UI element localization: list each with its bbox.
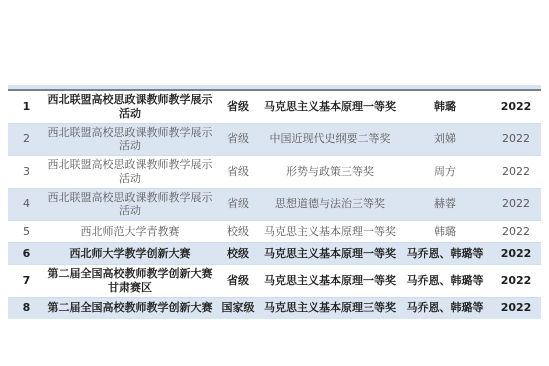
cell-award: 中国近现代史纲要二等奖 <box>261 130 399 148</box>
table-row: 1 西北联盟高校思政课教师教学展示活动 省级 马克思主义基本原理一等奖 韩璐 2… <box>8 91 541 123</box>
cell-level: 省级 <box>215 130 261 148</box>
cell-person: 赫蓉 <box>399 195 491 213</box>
table-row: 8 第二届全国高校教师教学创新大赛 国家级 马克思主义基本原理三等奖 马乔恩、韩… <box>8 297 541 319</box>
cell-award: 马克思主义基本原理一等奖 <box>261 272 399 290</box>
cell-year: 2022 <box>491 223 541 241</box>
cell-award: 马克思主义基本原理一等奖 <box>261 98 399 116</box>
cell-event-name: 第二届全国高校教师教学创新大赛甘肃赛区 <box>45 265 215 297</box>
cell-event-name: 西北联盟高校思政课教师教学展示活动 <box>45 124 215 156</box>
cell-event-name: 西北联盟高校思政课教师教学展示活动 <box>45 156 215 188</box>
cell-year: 2022 <box>491 245 541 263</box>
cell-year: 2022 <box>491 98 541 116</box>
cell-row-number: 3 <box>8 163 45 181</box>
cell-event-name: 西北联盟高校思政课教师教学展示活动 <box>45 189 215 221</box>
cell-event-name: 西北联盟高校思政课教师教学展示活动 <box>45 91 215 123</box>
cell-level: 省级 <box>215 98 261 116</box>
cell-person: 周方 <box>399 163 491 181</box>
document-page: 1 西北联盟高校思政课教师教学展示活动 省级 马克思主义基本原理一等奖 韩璐 2… <box>0 0 549 366</box>
table-row: 6 西北师大学教学创新大赛 校级 马克思主义基本原理一等奖 马乔恩、韩璐等 20… <box>8 242 541 264</box>
cell-person: 韩璐 <box>399 98 491 116</box>
cell-award: 思想道德与法治三等奖 <box>261 195 399 213</box>
cell-person: 刘娣 <box>399 130 491 148</box>
cell-award: 马克思主义基本原理一等奖 <box>261 223 399 241</box>
cell-event-name: 西北师范大学青教赛 <box>45 223 215 241</box>
table-row: 2 西北联盟高校思政课教师教学展示活动 省级 中国近现代史纲要二等奖 刘娣 20… <box>8 123 541 156</box>
cell-person: 马乔恩、韩璐等 <box>399 299 491 317</box>
cell-event-name: 西北师大学教学创新大赛 <box>45 245 215 263</box>
cell-year: 2022 <box>491 163 541 181</box>
cell-year: 2022 <box>491 130 541 148</box>
cell-row-number: 5 <box>8 223 45 241</box>
cell-row-number: 2 <box>8 130 45 148</box>
cell-award: 马克思主义基本原理一等奖 <box>261 245 399 263</box>
cell-row-number: 6 <box>8 245 45 263</box>
cell-row-number: 8 <box>8 299 45 317</box>
cell-row-number: 4 <box>8 195 45 213</box>
cell-award: 马克思主义基本原理三等奖 <box>261 299 399 317</box>
cell-level: 校级 <box>215 245 261 263</box>
cell-year: 2022 <box>491 195 541 213</box>
cell-row-number: 7 <box>8 272 45 290</box>
cell-level: 校级 <box>215 223 261 241</box>
cell-event-name-line2: 甘肃赛区 <box>47 281 213 295</box>
table-body: 1 西北联盟高校思政课教师教学展示活动 省级 马克思主义基本原理一等奖 韩璐 2… <box>8 91 541 319</box>
table-row: 5 西北师范大学青教赛 校级 马克思主义基本原理一等奖 韩璐 2022 <box>8 220 541 242</box>
cell-person: 马乔恩、韩璐等 <box>399 245 491 263</box>
cell-level: 省级 <box>215 272 261 290</box>
table-row: 7 第二届全国高校教师教学创新大赛甘肃赛区 省级 马克思主义基本原理一等奖 马乔… <box>8 264 541 297</box>
cell-year: 2022 <box>491 272 541 290</box>
cell-event-name: 第二届全国高校教师教学创新大赛 <box>45 299 215 317</box>
cell-level: 国家级 <box>215 299 261 317</box>
cell-award: 形势与政策三等奖 <box>261 163 399 181</box>
awards-table: 1 西北联盟高校思政课教师教学展示活动 省级 马克思主义基本原理一等奖 韩璐 2… <box>8 85 541 319</box>
cell-level: 省级 <box>215 163 261 181</box>
table-row: 4 西北联盟高校思政课教师教学展示活动 省级 思想道德与法治三等奖 赫蓉 202… <box>8 188 541 221</box>
cell-row-number: 1 <box>8 98 45 116</box>
cell-level: 省级 <box>215 195 261 213</box>
cell-year: 2022 <box>491 299 541 317</box>
cell-person: 韩璐 <box>399 223 491 241</box>
table-row: 3 西北联盟高校思政课教师教学展示活动 省级 形势与政策三等奖 周方 2022 <box>8 155 541 188</box>
cell-person: 马乔恩、韩璐等 <box>399 272 491 290</box>
